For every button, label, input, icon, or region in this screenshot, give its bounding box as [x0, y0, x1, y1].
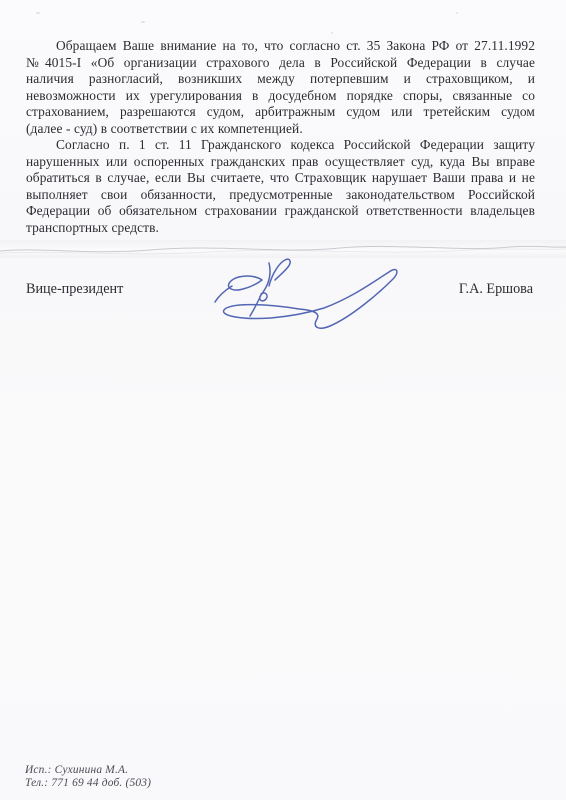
phone-line: Тел.: 771 69 44 доб. (503): [25, 777, 151, 790]
text-line: №4015-I «Об организации страхового дела …: [26, 55, 535, 72]
text-line: страхованием, разрешаются судом, арбитра…: [26, 104, 535, 121]
text-line: нарушенных или оспоренных гражданских пр…: [26, 154, 535, 171]
scan-speck: [141, 21, 145, 23]
paragraph: Согласно п. 1 ст. 11 Гражданского кодекс…: [26, 137, 535, 236]
signature-ink-icon: [203, 252, 403, 344]
text-line: невозможности их урегулирования в досуде…: [26, 88, 535, 105]
text-line: Обращаем Ваше внимание на то, что соглас…: [26, 38, 535, 55]
text-line: транспортных средств.: [26, 220, 535, 237]
scan-speck: [36, 12, 40, 14]
text-line: наличия разногласий, возникших между пот…: [26, 71, 535, 88]
letter-body: Обращаем Ваше внимание на то, что соглас…: [26, 38, 535, 237]
text-line: Согласно п. 1 ст. 11 Гражданского кодекс…: [26, 137, 535, 154]
signer-name: Г.А. Ершова: [459, 281, 533, 298]
footer-block: Исп.: Сухинина М.А. Тел.: 771 69 44 доб.…: [25, 764, 151, 790]
text-line: (далее - суд) в соответствии с их компет…: [26, 121, 535, 138]
signer-title: Вице-президент: [26, 281, 123, 298]
text-line: Федерации об обязательном страховании гр…: [26, 203, 535, 220]
executor-line: Исп.: Сухинина М.А.: [25, 764, 151, 777]
scan-speck: [331, 32, 333, 34]
paragraph: Обращаем Ваше внимание на то, что соглас…: [26, 38, 535, 137]
text-line: обратиться в случае, если Вы считаете, ч…: [26, 170, 535, 187]
scanned-letter-page: Обращаем Ваше внимание на то, что соглас…: [0, 0, 566, 800]
text-line: выполняет свои обязанности, предусмотрен…: [26, 187, 535, 204]
scan-speck: [456, 12, 458, 14]
